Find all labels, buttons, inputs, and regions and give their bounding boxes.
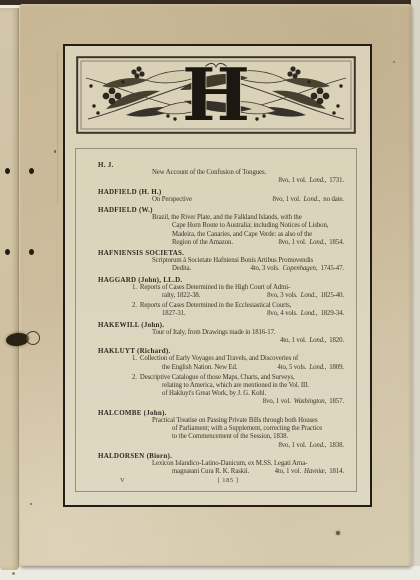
page-stain <box>393 61 395 63</box>
page-stain <box>336 531 340 535</box>
section-letter: H <box>182 56 250 134</box>
page-footer: V [ 185 ] <box>76 477 356 486</box>
binding-hole <box>5 168 10 174</box>
entry-line: 2.Descriptive Catalogue of those Maps, C… <box>132 374 344 382</box>
scanned-book-page: H H. J. New Account of the Confusion of … <box>0 0 420 580</box>
entry-line: Brazil, the River Plate, and the Falklan… <box>152 214 344 222</box>
entry-line: Region of the Amazon.8vo, 1 vol.Lond.,18… <box>172 239 344 247</box>
entry-line: Tour of Italy, from Drawings made in 181… <box>152 329 344 337</box>
entry-line: Madeira, the Canaries, and Cape Verde: a… <box>172 231 344 239</box>
catalog-entry: HAFNIENSIS SOCIETAS. Scriptorum à Societ… <box>98 249 344 274</box>
entry-line: to the Commencement of the Session, 1838… <box>172 433 344 441</box>
entry-line: Lexicon Islandico-Latino-Danicum, ex M.S… <box>152 460 344 468</box>
entry-heading: HAFNIENSIS SOCIETAS. <box>98 249 344 257</box>
entry-imprint: 8vo, 1 vol.Washington,1857. <box>98 398 344 406</box>
catalog-entry: HAKEWILL (John). Tour of Italy, from Dra… <box>98 321 344 346</box>
catalog-entry: HAKLUYT (Richard). 1.Collection of Early… <box>98 347 344 406</box>
binding-hole <box>29 168 34 174</box>
page-stain <box>30 503 32 505</box>
entry-heading: HALCOMBE (John). <box>98 409 344 417</box>
entry-line: of Hakluyt's Great Work, by J. G. Kohl. <box>162 390 344 398</box>
entry-line: Practical Treatise on Passing Private Bi… <box>152 417 344 425</box>
entry-heading: HADFIELD (W.) <box>98 206 344 214</box>
catalog-entry: HADFIELD (H. H.) On Perspective8vo, 1 vo… <box>98 188 344 204</box>
catalog-entry: H. J. New Account of the Confusion of To… <box>98 161 344 186</box>
binding-hole <box>29 249 34 255</box>
entry-line: Cape Horn Route to Australia; including … <box>172 222 344 230</box>
binding-hole-ring <box>26 331 40 345</box>
entry-line: Scriptorum à Societate Hafniensi Bonis A… <box>152 257 344 265</box>
entry-line: magnæani Cura R. K. Raskii.4to, 1 vol.Ha… <box>172 468 344 476</box>
page-number: [ 185 ] <box>217 477 238 484</box>
signature-mark: V <box>120 477 125 484</box>
entry-imprint: 8vo, 1 vol.Lond.,1731. <box>98 177 344 185</box>
headpiece-engraving: H <box>76 56 356 134</box>
catalog-entry: HALCOMBE (John). Practical Treatise on P… <box>98 409 344 450</box>
entry-imprint: 4to, 1 vol.Lond.,1820. <box>98 337 344 345</box>
adjacent-page-edge <box>0 8 19 570</box>
entry-heading: HAKEWILL (John). <box>98 321 344 329</box>
entry-imprint: 8vo, 1 vol.Lond.,1838. <box>98 442 344 450</box>
entry-line: relating to America, which are mentioned… <box>162 382 344 390</box>
catalog-entry: HADFIELD (W.) Brazil, the River Plate, a… <box>98 206 344 247</box>
catalog-entry: HAGGARD (John), LL.D. 1.Reports of Cases… <box>98 276 344 319</box>
entry-line: the English Nation. New Ed.4to, 5 vols.L… <box>162 364 344 372</box>
paper-crease <box>57 52 58 202</box>
entry-line: 1827-31.8vo, 4 vols.Lond.,1829-34. <box>162 310 344 318</box>
entry-line: New Account of the Confusion of Tongues. <box>152 169 344 177</box>
page-stain <box>54 150 56 153</box>
text-block: H. J. New Account of the Confusion of To… <box>75 148 357 492</box>
entry-line: ralty, 1822-38.8vo, 3 vols.Lond.,1825-40… <box>162 292 344 300</box>
entry-line: On Perspective8vo, 1 vol.Lond.,no date. <box>152 196 344 204</box>
binding-hole <box>5 249 10 255</box>
entry-heading: HAKLUYT (Richard). <box>98 347 344 355</box>
entry-line: of Parliament; with a Supplement, correc… <box>172 425 344 433</box>
page-stain <box>12 572 15 575</box>
entry-heading: HAGGARD (John), LL.D. <box>98 276 344 284</box>
entry-line: 1.Collection of Early Voyages and Travel… <box>132 355 344 363</box>
entry-heading: H. J. <box>98 161 344 169</box>
entry-heading: HALDORSEN (Biorn). <box>98 452 344 460</box>
headpiece: H <box>76 56 356 134</box>
catalog-entry: HALDORSEN (Biorn). Lexicon Islandico-Lat… <box>98 452 344 477</box>
entry-line: Dedita.4to, 3 vols.Copenhagen,1745-47. <box>172 265 344 273</box>
entry-heading: HADFIELD (H. H.) <box>98 188 344 196</box>
entry-line: 1.Reports of Cases Determined in the Hig… <box>132 284 344 292</box>
entry-line: 2.Reports of Cases Determined in the Ecc… <box>132 302 344 310</box>
backing-surface <box>411 0 420 566</box>
